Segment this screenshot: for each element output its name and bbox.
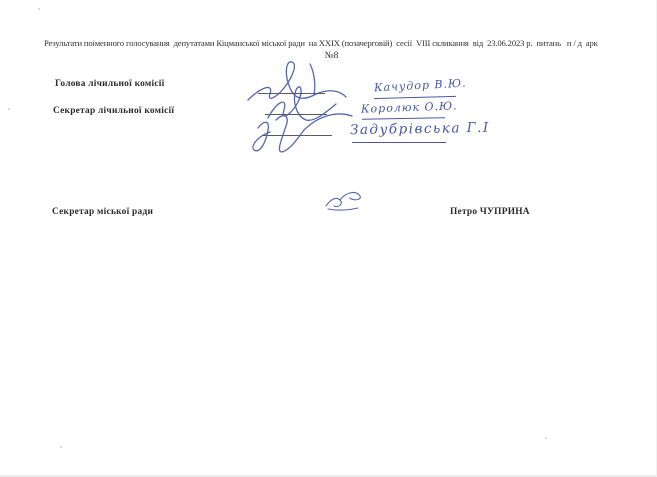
signature-line-2	[265, 114, 327, 115]
signature-stroke-3	[253, 122, 270, 151]
label-head-of-counting-commission: Голова лічильної комісії	[55, 79, 164, 89]
scan-speck	[8, 108, 10, 110]
document-title-line: Результати поіменного голосування депута…	[44, 38, 619, 48]
handwritten-underline-3	[352, 142, 446, 143]
handwritten-name-1: Качудор В.Ю.	[374, 77, 467, 95]
signature-stroke-1b	[310, 64, 315, 94]
handwritten-name-2: Королюк О.Ю.	[361, 99, 458, 115]
signature-stroke-3b	[276, 114, 352, 152]
signature-line-3	[263, 135, 332, 136]
handwritten-underline-2	[362, 117, 445, 119]
handwritten-name-3: Задубрівська Г.І	[350, 120, 490, 138]
scan-speck	[545, 437, 547, 439]
scan-speck	[60, 446, 62, 448]
signature-stroke-2	[268, 87, 336, 121]
secretary-printed-name: Петро ЧУПРИНА	[450, 207, 530, 217]
scan-speck	[38, 8, 40, 10]
signature-stroke-1	[248, 62, 346, 100]
document-sheet-number: №8	[44, 51, 619, 61]
label-secretary-of-counting-commission: Секретар лічильної комісії	[53, 106, 174, 116]
signature-line-1	[258, 93, 325, 94]
secretary-signature	[320, 188, 370, 213]
label-city-council-secretary: Секретар міської ради	[52, 207, 153, 217]
pen-signatures-group	[240, 58, 375, 163]
document-page: Результати поіменного голосування депута…	[0, 0, 657, 477]
handwritten-underline-1	[374, 96, 456, 99]
